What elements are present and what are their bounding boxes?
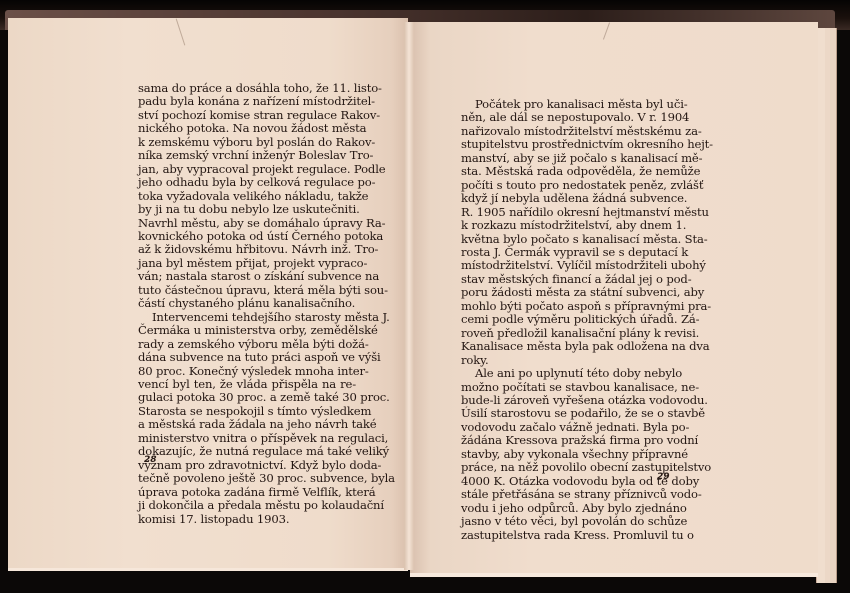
text-line: vodu i jeho odpůrců. Aby bylo zjednáno [461, 502, 675, 515]
text-line: kovnického potoka od ústí Černého potoka [138, 230, 356, 243]
text-line: ství pochozí komise stran regulace Rakov… [138, 109, 356, 122]
text-line: úprava potoka zadána firmě Velflík, kter… [138, 486, 356, 499]
text-line: padu byla konána z nařízení místodržitel… [138, 95, 356, 108]
text-line: vodovodu začalo vážně jednati. Byla po- [461, 421, 675, 434]
text-line: k rozkazu místodržitelství, aby dnem 1. [461, 219, 675, 232]
text-line: 80 proc. Konečný výsledek mnoha inter- [138, 365, 356, 378]
text-line: práce, na něž povolilo obecní zastupitel… [461, 461, 675, 474]
text-line: cemi podle výměru politických úřadů. Zá- [461, 313, 675, 326]
text-line: stupitelstvu prostřednictvím okresního h… [461, 138, 675, 151]
text-line: komisi 17. listopadu 1903. [138, 513, 356, 526]
text-line: rady a zemského výboru měla býti dožá- [138, 338, 356, 351]
text-line: stále přetřásána se strany příznivců vod… [461, 488, 675, 501]
text-line: května bylo počato s kanalisací města. S… [461, 233, 675, 246]
text-line: Kanalisace města byla pak odložena na dv… [461, 340, 675, 353]
text-line: tečně povoleno ještě 30 proc. subvence, … [138, 472, 356, 485]
text-line: manství, aby se již počalo s kanalisací … [461, 152, 675, 165]
text-line: Navrhl městu, aby se domáhalo úpravy Ra- [138, 217, 356, 230]
text-line: mohlo býti počato aspoň s přípravnými pr… [461, 300, 675, 313]
text-line: bude-li zároveň vyřešena otázka vodovodu… [461, 394, 675, 407]
text-line: jan, aby vypracoval projekt regulace. Po… [138, 163, 356, 176]
text-line: něn, ale dál se nepostupovalo. V r. 1904 [461, 111, 675, 124]
text-line: dána subvence na tuto práci aspoň ve výš… [138, 351, 356, 364]
text-line: žádána Kressova pražská firma pro vodní [461, 434, 675, 447]
text-line: roveň předložil kanalisační plány k revi… [461, 327, 675, 340]
text-line: význam pro zdravotnictví. Když bylo doda… [138, 459, 356, 472]
text-line: ministerstvo vnitra o příspěvek na regul… [138, 432, 356, 445]
text-line: sta. Městská rada odpověděla, že nemůže [461, 165, 675, 178]
text-line: možno počítati se stavbou kanalisace, ne… [461, 381, 675, 394]
text-line: zastupitelstva rada Kress. Promluvil tu … [461, 529, 675, 542]
text-line: gulaci potoka 30 proc. a země také 30 pr… [138, 391, 356, 404]
text-line: tuto částečnou úpravu, která měla býti s… [138, 284, 356, 297]
page-number: 29 [657, 472, 670, 482]
left-page-text: sama do práce a dosáhla toho, že 11. lis… [138, 82, 356, 526]
text-line: Čermáka u ministerstva orby, zemědělské [138, 324, 356, 337]
text-line: 4000 K. Otázka vodovodu byla od té doby [461, 475, 675, 488]
text-line: stavby, aby vykonala všechny přípravné [461, 448, 675, 461]
text-line: a městská rada žádala na jeho návrh také [138, 418, 356, 431]
text-line: místodržitelství. Vylíčil místodržiteli … [461, 259, 675, 272]
right-page-text: Počátek pro kanalisaci města byl uči- ně… [461, 98, 675, 542]
text-line: toka vyžadovala velikého nákladu, takže [138, 190, 356, 203]
text-line: níka zemský vrchní inženýr Boleslav Tro- [138, 149, 356, 162]
text-line: jana byl městem přijat, projekt vypraco- [138, 257, 356, 270]
text-line: Počátek pro kanalisaci města byl uči- [461, 98, 675, 111]
text-line: jeho odhadu byla by celková regulace po- [138, 176, 356, 189]
text-line: poru žádosti města za státní subvenci, a… [461, 286, 675, 299]
text-line: Ale ani po uplynutí této doby nebylo [461, 367, 675, 380]
text-line: nařizovalo místodržitelství městskému za… [461, 125, 675, 138]
text-line: sama do práce a dosáhla toho, že 11. lis… [138, 82, 356, 95]
text-line: částí chystaného plánu kanalisačního. [138, 297, 356, 310]
text-line: vencí byl ten, že vláda přispěla na re- [138, 378, 356, 391]
text-line: Úsilí starostovu se podařilo, že se o st… [461, 407, 675, 420]
text-line: R. 1905 nařídilo okresní hejtmanství měs… [461, 206, 675, 219]
text-line: počíti s touto pro nedostatek peněz, zvl… [461, 179, 675, 192]
text-line: až k židovskému hřbitovu. Návrh inž. Tro… [138, 243, 356, 256]
book-gutter [404, 22, 414, 570]
text-line: nického potoka. Na novou žádost města [138, 122, 356, 135]
text-line: jasno v této věci, byl povolán do schůze [461, 515, 675, 528]
text-line: ván; nastala starost o získání subvence … [138, 270, 356, 283]
text-line: roky. [461, 354, 675, 367]
text-line: Intervencemi tehdejšího starosty města J… [138, 311, 356, 324]
text-line: Starosta se nespokojil s tímto výsledkem [138, 405, 356, 418]
text-line: rosta J. Čermák vypravil se s deputací k [461, 246, 675, 259]
text-line: dokazujíc, že nutná regulace má také vel… [138, 445, 356, 458]
text-line: ji dokončila a předala městu po kolaudač… [138, 499, 356, 512]
text-line: by ji na tu dobu nebylo lze uskutečniti. [138, 203, 356, 216]
page-number: 28 [144, 455, 157, 465]
text-line: k zemskému výboru byl poslán do Rakov- [138, 136, 356, 149]
text-line: stav městských financí a žádal jej o pod… [461, 273, 675, 286]
text-line: když jí nebyla udělena žádná subvence. [461, 192, 675, 205]
